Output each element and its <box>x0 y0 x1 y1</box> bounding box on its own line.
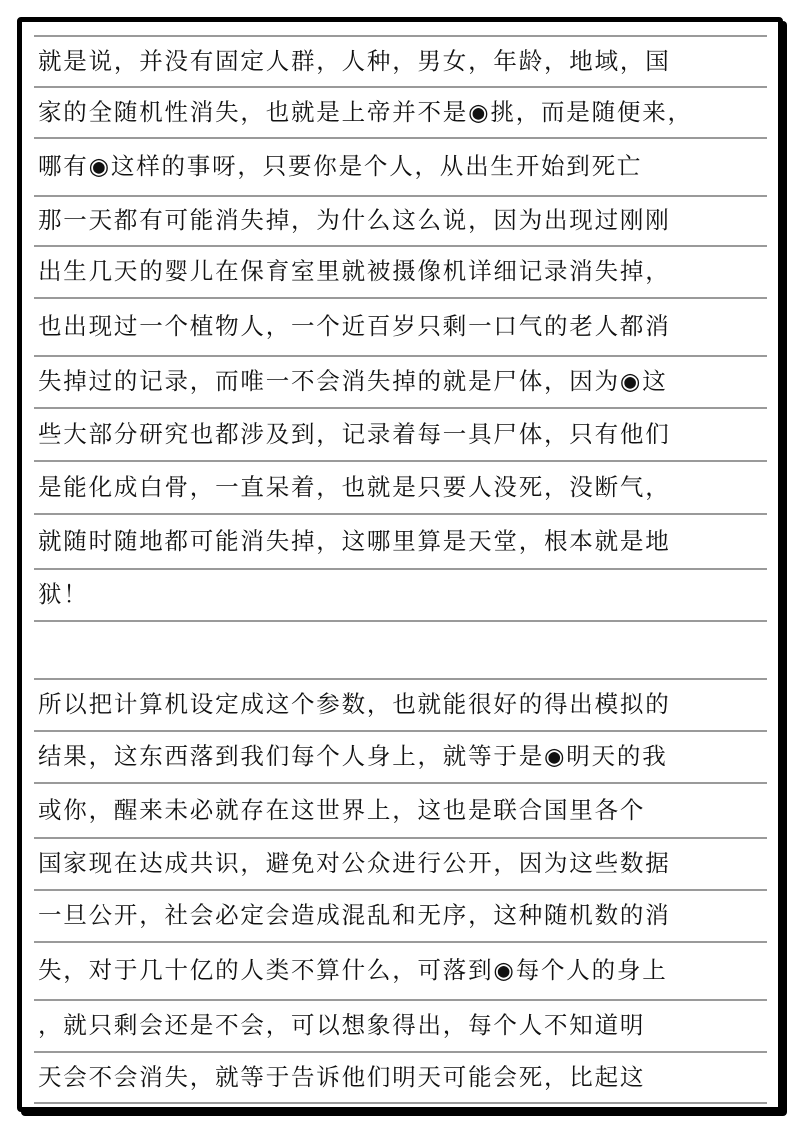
ruled-line <box>34 35 767 37</box>
ruled-line <box>34 730 767 732</box>
ruled-line <box>34 889 767 891</box>
handwritten-line: 失，对于几十亿的人类不算什么，可落到◉每个人的身上 <box>38 955 768 985</box>
handwritten-line: 些大部分研究也都涉及到，记录着每一具尸体，只有他们 <box>38 419 768 449</box>
ruled-line <box>34 137 767 139</box>
handwritten-line: 出生几天的婴儿在保育室里就被摄像机详细记录消失掉， <box>38 256 768 286</box>
handwritten-line: 天会不会消失，就等于告诉他们明天可能会死，比起这 <box>38 1062 768 1092</box>
handwritten-line: 所以把计算机设定成这个参数，也就能很好的得出模拟的 <box>38 689 768 719</box>
ruled-line <box>34 86 767 88</box>
handwritten-line: ，就只剩会还是不会，可以想象得出，每个人不知道明 <box>38 1010 768 1040</box>
handwritten-line: 结果，这东西落到我们每个人身上，就等于是◉明天的我 <box>38 741 768 771</box>
ruled-line <box>34 782 767 784</box>
ruled-line <box>34 1102 767 1104</box>
ruled-line <box>34 999 767 1001</box>
ruled-line <box>34 678 767 680</box>
handwritten-line: 就是说，并没有固定人群，人种，男女，年龄，地域，国 <box>38 46 768 76</box>
ruled-line <box>34 407 767 409</box>
handwritten-line: 狱！ <box>38 579 768 609</box>
handwritten-line: 是能化成白骨，一直呆着，也就是只要人没死，没断气， <box>38 472 768 502</box>
ruled-line <box>34 460 767 462</box>
handwritten-line: 那一天都有可能消失掉，为什么这么说，因为出现过刚刚 <box>38 205 768 235</box>
handwritten-line: 失掉过的记录，而唯一不会消失掉的就是尸体，因为◉这 <box>38 366 768 396</box>
ruled-line <box>34 568 767 570</box>
handwritten-line: 哪有◉这样的事呀，只要你是个人，从出生开始到死亡 <box>38 151 768 181</box>
handwritten-line: 国家现在达成共识，避免对公众进行公开，因为这些数据 <box>38 848 768 878</box>
ruled-line <box>34 513 767 515</box>
handwritten-line: 就随时随地都可能消失掉，这哪里算是天堂，根本就是地 <box>38 526 768 556</box>
handwritten-line: 一旦公开，社会必定会造成混乱和无序，这种随机数的消 <box>38 900 768 930</box>
handwritten-line: 也出现过一个植物人，一个近百岁只剩一口气的老人都消 <box>38 311 768 341</box>
paper-frame <box>17 17 783 1112</box>
ruled-line <box>34 355 767 357</box>
ruled-line <box>34 941 767 943</box>
ruled-line <box>34 245 767 247</box>
ruled-line <box>34 297 767 299</box>
ruled-line <box>34 195 767 197</box>
handwritten-line: 家的全随机性消失，也就是上帝并不是◉挑，而是随便来， <box>38 97 768 127</box>
ruled-line <box>34 837 767 839</box>
handwritten-line: 或你，醒来未必就存在这世界上，这也是联合国里各个 <box>38 795 768 825</box>
ruled-line <box>34 1051 767 1053</box>
ruled-line <box>34 620 767 622</box>
